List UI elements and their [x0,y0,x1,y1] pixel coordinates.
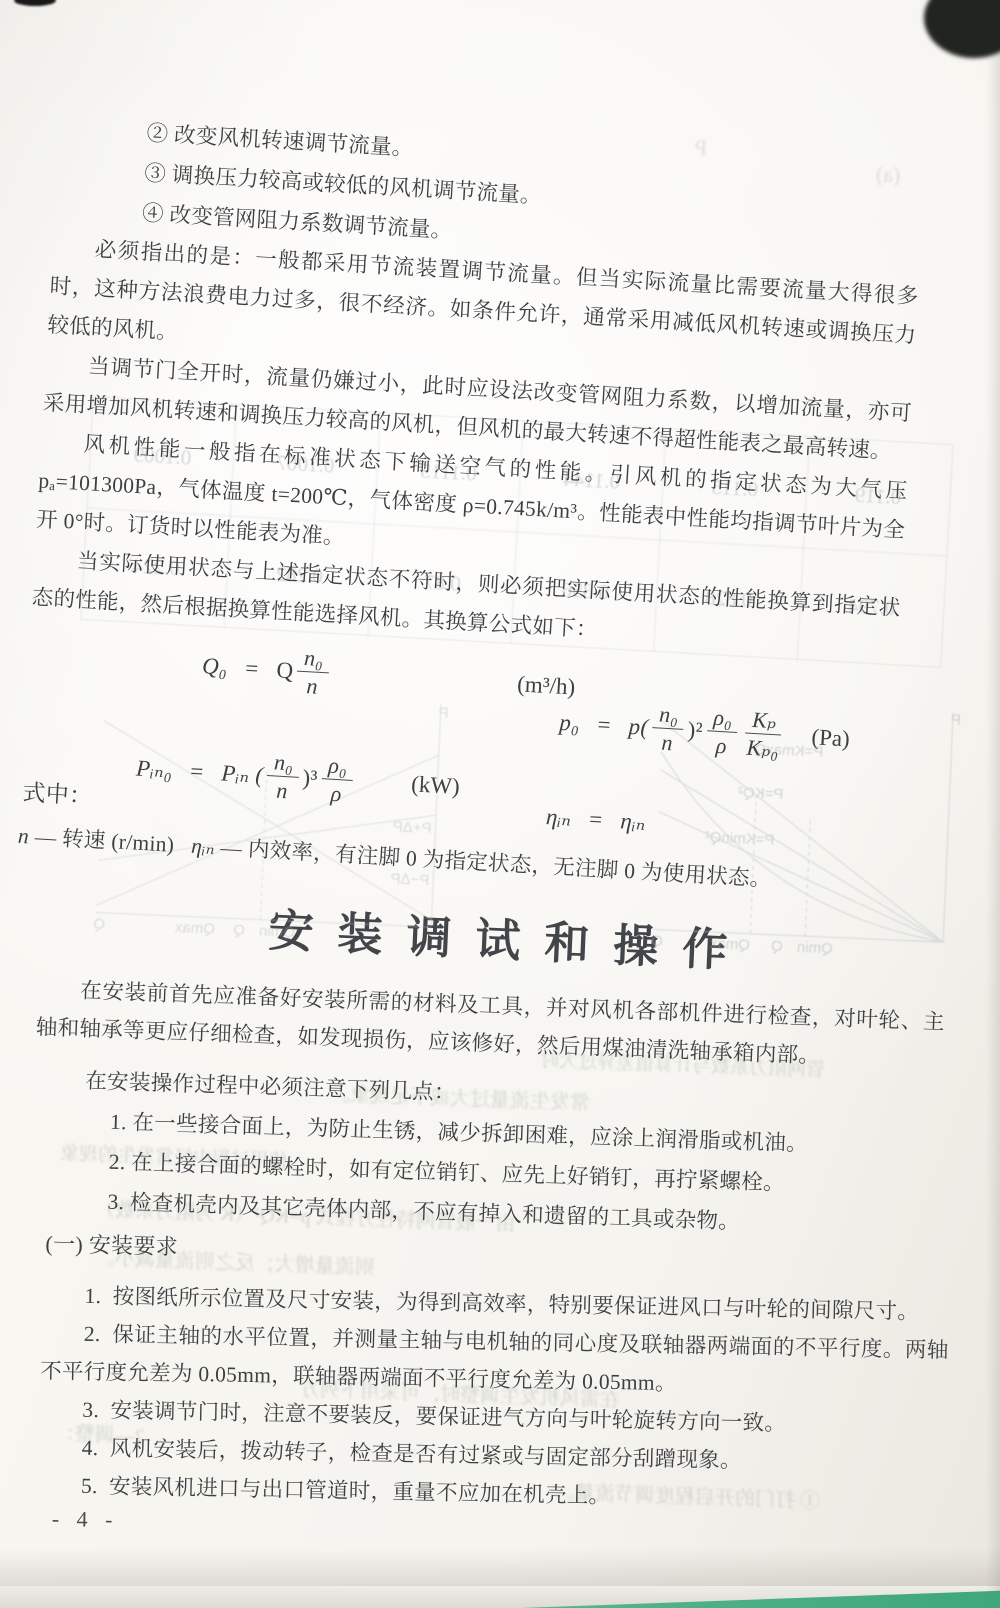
fraction: ρ₀ρ [705,704,739,759]
formula-q0: Q₀ = Q n₀n (m³/h) [201,639,577,714]
section-heading: (一) 安装要求 [45,1224,179,1266]
svg-text:Q: Q [93,915,105,932]
where-label: 式中： [21,773,93,816]
requirements-heading-block: (一) 安装要求 [45,1224,179,1266]
formula-unit: (Pa) [810,718,851,759]
formula-coef: p( [628,707,650,747]
notes-block: 在安装操作过程中必须注意下列几点： 1. 在一些接合面上，为防止生锈，减少拆卸困… [51,1060,940,1248]
formula-coef: Pᵢₙ ( [220,754,264,795]
svg-text:Qmax: Qmax [709,935,750,954]
page-bottom-shadow [0,1548,1000,1588]
formula-unit: (kW) [410,765,461,807]
formula-coef: Q [275,651,294,691]
fraction: n₀n [651,701,685,756]
scan-corner-shadow [924,0,1000,58]
fraction: KₚKₚ₀ [744,707,783,763]
formula-exponent: )² [687,710,704,750]
equals-sign: = [189,752,205,792]
svg-text:Qmin: Qmin [797,939,834,958]
formula-pin0: Pᵢₙ₀ = Pᵢₙ ( n₀n )³ ρ₀ρ (kW) [135,742,462,814]
formula-lhs: ηᵢₙ [545,797,572,837]
svg-text:Qmin: Qmin [259,923,296,942]
formula-lhs: p₀ [558,703,580,743]
requirements-list: 1. 按图纸所示位置及尺寸安装，为得到高效率，特别要保证进风口与叶轮的间隙尺寸。… [38,1276,950,1521]
formula-lhs: Pᵢₙ₀ [135,749,173,790]
formula-eta: ηᵢₙ = ηᵢₙ [545,797,647,842]
formula-p0: p₀ = p( n₀n )² ρ₀ρ KₚKₚ₀ (Pa) [558,696,851,766]
svg-text:Q: Q [651,932,663,949]
scan-edge-notch [14,0,56,6]
equals-sign: = [596,705,612,745]
svg-text:P: P [950,711,961,728]
page-edge-shadow [986,0,1000,1608]
formula-exponent: )³ [301,758,318,798]
svg-text:Qmax: Qmax [174,919,215,938]
svg-text:Q: Q [233,922,245,939]
formula-rhs: ηᵢₙ [619,801,646,841]
fraction: n₀n [266,749,300,804]
scanned-document-page: 0.1190.1150.11440.11150.10670.10090.7940… [0,0,1000,1608]
top-text-block: ② 改变风机转速调节流量。③ 调换压力较高或较低的风机调节流量。④ 改变管网阻力… [17,108,947,907]
page-number-block: - 4 - [52,1506,119,1533]
equals-sign: = [244,649,260,689]
fraction: ρ₀ρ [320,752,354,807]
requirements-block: 1. 按图纸所示位置及尺寸安装，为得到高效率，特别要保证进风口与叶轮的间隙尺寸。… [38,1276,950,1521]
svg-text:Q: Q [771,938,783,955]
formula-lhs: Q₀ [201,646,228,686]
equals-sign: = [588,800,604,840]
page-number: - 4 - [52,1506,119,1532]
fraction: n₀n [296,645,330,700]
